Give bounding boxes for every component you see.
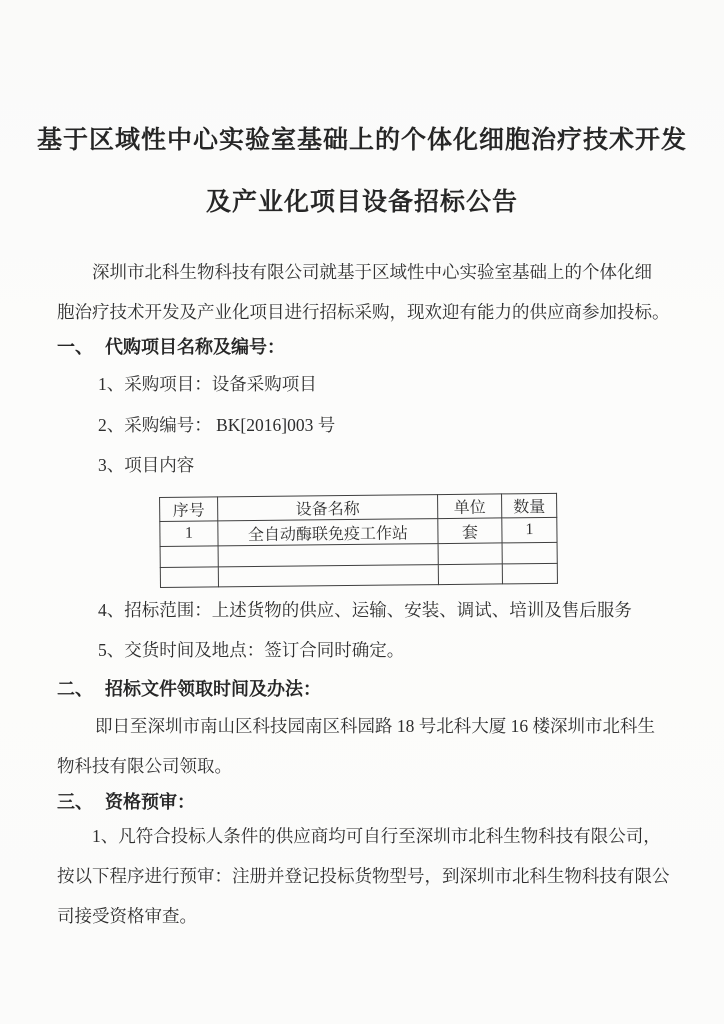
empty-cell xyxy=(218,565,438,587)
section-3-heading: 三、资格预审： xyxy=(57,788,195,816)
cell-row1-qty: 1 xyxy=(502,517,557,543)
cell-row1-name: 全自动酶联免疫工作站 xyxy=(218,519,438,546)
section-3-heading-text: 资格预审： xyxy=(105,792,195,812)
empty-cell xyxy=(438,543,502,565)
page-title-line-1: 基于区域性中心实验室基础上的个体化细胞治疗技术开发 xyxy=(0,120,724,156)
section-2-body: 即日至深圳市南山区科技园南区科园路 18 号北科大厦 16 楼深圳市北科生 物科… xyxy=(57,706,697,786)
section-1-item-2: 2、采购编号： BK[2016]003 号 xyxy=(98,411,335,439)
section-3-body: 1、凡符合投标人条件的供应商均可自行至深圳市北科生物科技有限公司， 按以下程序进… xyxy=(57,816,697,936)
empty-cell xyxy=(502,563,557,584)
equipment-table: 序号 设备名称 单位 数量 1 全自动酶联免疫工作站 套 1 xyxy=(159,493,558,588)
header-cell-index: 序号 xyxy=(160,497,218,522)
header-cell-qty: 数量 xyxy=(502,493,557,518)
section-1-number: 一、 xyxy=(57,333,93,361)
page-title-line-2: 及产业化项目设备招标公告 xyxy=(0,182,724,218)
equipment-table-empty-row-2 xyxy=(160,563,557,587)
section-1-item-4: 4、招标范围：上述货物的供应、运输、安装、调试、培训及售后服务 xyxy=(98,596,632,624)
section-1-item-3: 3、项目内容 xyxy=(98,451,194,479)
cell-row1-unit: 套 xyxy=(438,518,502,544)
empty-cell xyxy=(438,564,502,585)
empty-cell xyxy=(502,542,557,564)
intro-paragraph: 深圳市北科生物科技有限公司就基于区域性中心实验室基础上的个体化细 胞治疗技术开发… xyxy=(57,252,697,332)
cell-row1-index: 1 xyxy=(160,521,218,547)
empty-cell xyxy=(160,567,218,588)
empty-cell xyxy=(218,544,438,567)
section-1-heading: 一、代购项目名称及编号： xyxy=(57,333,285,361)
section-3-number: 三、 xyxy=(57,788,93,816)
section-1-item-5: 5、交货时间及地点：签订合同时确定。 xyxy=(98,636,404,664)
section-2-heading: 二、招标文件领取时间及办法： xyxy=(57,675,321,703)
empty-cell xyxy=(160,546,218,568)
section-2-number: 二、 xyxy=(57,675,93,703)
scanned-document-page: 基于区域性中心实验室基础上的个体化细胞治疗技术开发 及产业化项目设备招标公告 深… xyxy=(0,0,724,1024)
section-1-heading-text: 代购项目名称及编号： xyxy=(105,337,285,357)
header-cell-unit: 单位 xyxy=(438,494,502,519)
section-2-heading-text: 招标文件领取时间及办法： xyxy=(105,679,321,699)
section-1-item-1: 1、采购项目：设备采购项目 xyxy=(98,370,317,398)
header-cell-name: 设备名称 xyxy=(218,495,438,521)
